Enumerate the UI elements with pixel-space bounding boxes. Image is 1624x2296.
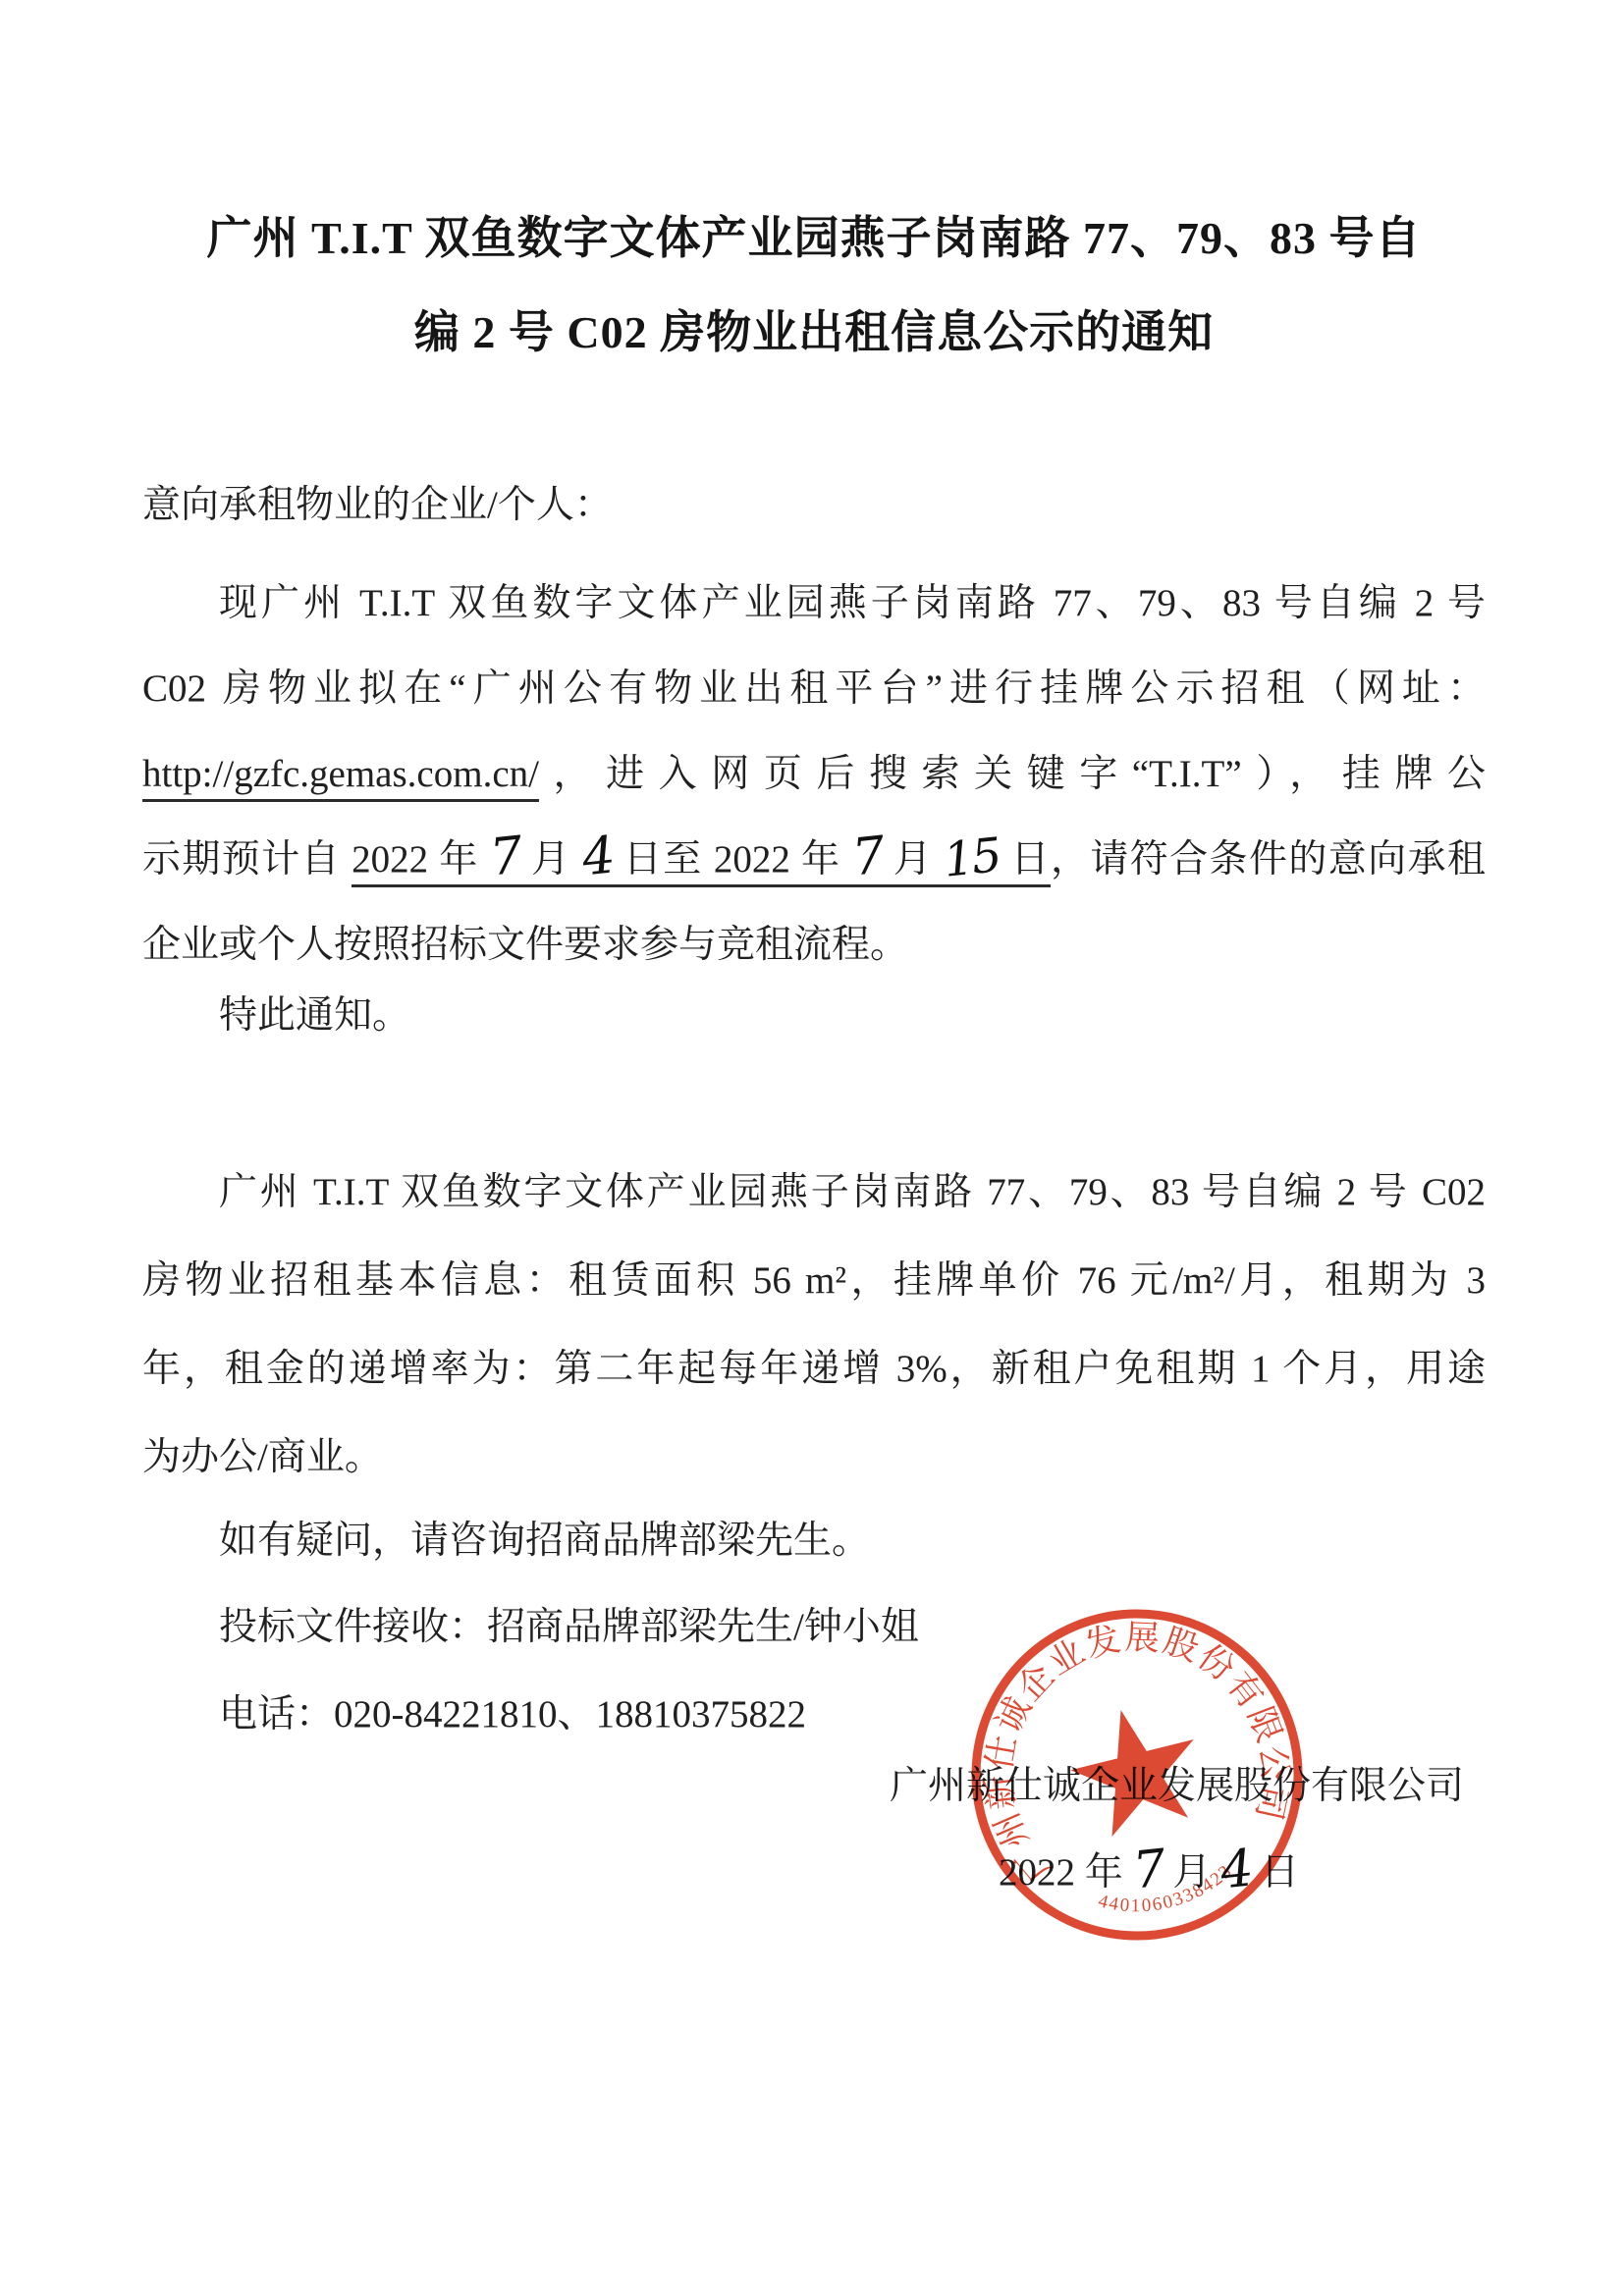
title-line-1: 广州 T.I.T 双鱼数字文体产业园燕子岗南路 77、79、83 号自	[142, 191, 1486, 286]
page-title: 广州 T.I.T 双鱼数字文体产业园燕子岗南路 77、79、83 号自 编 2 …	[142, 191, 1486, 380]
para1-line1: 现广州 T.I.T 双鱼数字文体产业园燕子岗南路 77、79、83 号自编 2 …	[142, 560, 1486, 647]
date-month-char: 月	[520, 838, 582, 881]
para1-line2: C02 房物业拟在“广州公有物业出租平台”进行挂牌公示招租（网址：	[142, 645, 1486, 732]
date-start-year: 2022 年	[352, 838, 490, 881]
para1-line4: 示期预计自 2022 年 7 月 4 日至 2022 年 7 月 15 日，请符…	[142, 816, 1486, 903]
para1-line4-suffix: ，请符合条件的意向承租	[1051, 838, 1486, 881]
date-month-char-2: 月	[883, 838, 945, 881]
sig-date-month-char: 月	[1164, 1851, 1221, 1894]
handwritten-month-end: 7	[850, 835, 885, 878]
para2-line1: 广州 T.I.T 双鱼数字文体产业园燕子岗南路 77、79、83 号自编 2 号…	[142, 1148, 1486, 1237]
date-day-char: 日	[1000, 838, 1051, 881]
handwritten-day-end: 15	[943, 835, 1002, 881]
receive-line: 投标文件接收：招商品牌部梁先生/钟小姐	[142, 1583, 1486, 1671]
title-line-2: 编 2 号 C02 房物业出租信息公示的通知	[142, 286, 1486, 380]
sig-handwritten-day: 4	[1218, 1848, 1253, 1891]
para1-line3: http://gzfc.gemas.com.cn/，进入网页后搜索关键字“T.I…	[142, 730, 1486, 818]
date-range-prefix: 示期预计自	[142, 838, 352, 881]
signature-date: 2022 年 7 月 4 日	[142, 1829, 1486, 1916]
listing-date-range: 2022 年 7 月 4 日至 2022 年 7 月 15 日	[352, 838, 1051, 887]
sig-date-year: 2022 年	[999, 1851, 1133, 1894]
question-line: 如有疑问，请咨询招商品牌部梁先生。	[142, 1497, 1486, 1584]
para2-line4: 为办公/商业。	[142, 1414, 1486, 1502]
scanned-notice-page: 广州 T.I.T 双鱼数字文体产业园燕子岗南路 77、79、83 号自 编 2 …	[0, 0, 1624, 2296]
handwritten-day-start: 4	[580, 835, 615, 878]
para2-line3: 年，租金的递增率为：第二年起每年递增 3%，新租户免租期 1 个月，用途	[142, 1325, 1486, 1414]
handwritten-month-start: 7	[488, 835, 522, 878]
para1-line3-rest: ，进入网页后搜索关键字“T.I.T”），挂牌公	[539, 753, 1486, 795]
para2-line2: 房物业招租基本信息：租赁面积 56 m²，挂牌单价 76 元/m²/月，租期为 …	[142, 1237, 1486, 1325]
sig-handwritten-month: 7	[1131, 1848, 1165, 1891]
salutation: 意向承租物业的企业/个人：	[142, 461, 1486, 549]
notice-line: 特此通知。	[142, 972, 1486, 1059]
rental-platform-url: http://gzfc.gemas.com.cn/	[142, 753, 539, 802]
company-name: 广州新仕诚企业发展股份有限公司	[142, 1742, 1486, 1830]
sig-date-day-char: 日	[1251, 1851, 1299, 1894]
date-to-year: 日至 2022 年	[613, 838, 852, 881]
